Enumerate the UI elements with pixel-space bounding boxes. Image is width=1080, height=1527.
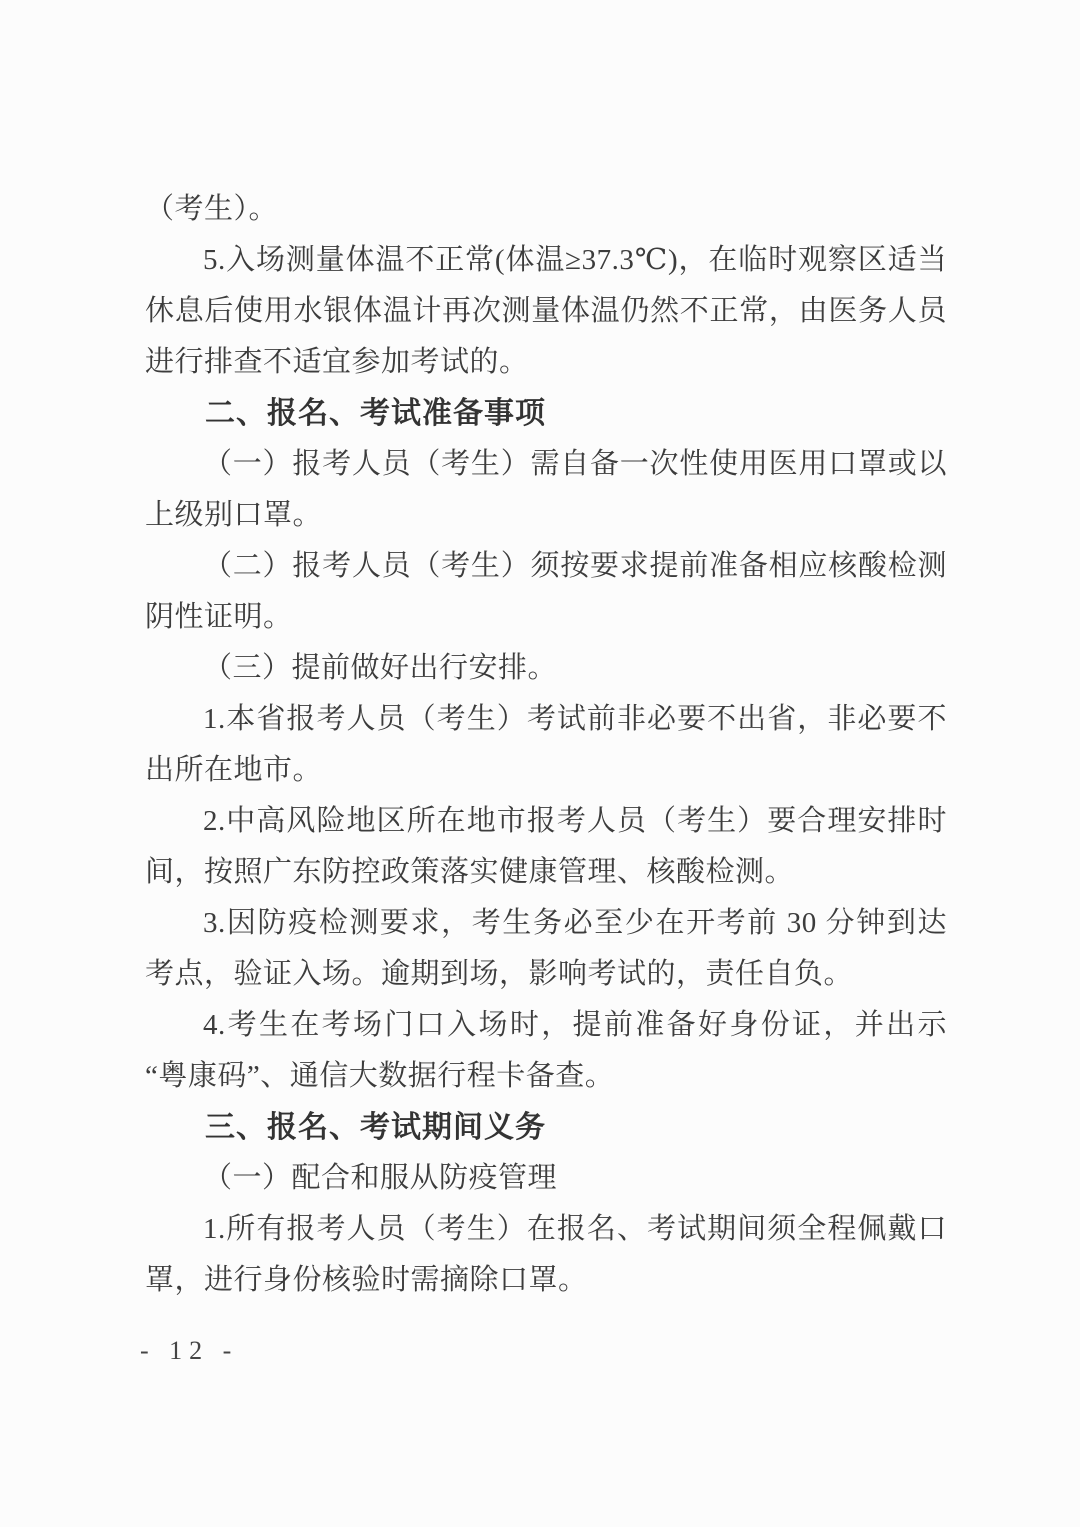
paragraph-item-1-wear-mask: 1.所有报考人员（考生）在报名、考试期间须全程佩戴口罩，进行身份核验时需摘除口罩… [145,1204,947,1306]
section-heading-2-exam-preparation: 二、报名、考试准备事项 [145,388,947,439]
paragraph-item-2-risk-areas: 2.中高风险地区所在地市报考人员（考生）要合理安排时间，按照广东防控政策落实健康… [145,796,947,898]
document-body: （考生）。 5.入场测量体温不正常(体温≥37.3℃)，在临时观察区适当休息后使… [145,184,947,1306]
paragraph-item-3-arrive-early: 3.因防疫检测要求，考生务必至少在开考前 30 分钟到达考点，验证入场。逾期到场… [145,898,947,1000]
paragraph-kaosheng-tail: （考生）。 [145,184,947,235]
paragraph-sub-2-nucleic-acid-proof: （二）报考人员（考生）须按要求提前准备相应核酸检测阴性证明。 [145,541,947,643]
paragraph-item-1-no-leaving-province: 1.本省报考人员（考生）考试前非必要不出省，非必要不出所在地市。 [145,694,947,796]
paragraph-sub-3-travel-plan: （三）提前做好出行安排。 [145,643,947,694]
paragraph-sub-1-masks: （一）报考人员（考生）需自备一次性使用医用口罩或以上级别口罩。 [145,439,947,541]
paragraph-item-5-temperature: 5.入场测量体温不正常(体温≥37.3℃)，在临时观察区适当休息后使用水银体温计… [145,235,947,388]
paragraph-item-4-id-health-code: 4.考生在考场门口入场时，提前准备好身份证，并出示“粤康码”、通信大数据行程卡备… [145,1000,947,1102]
section-heading-3-exam-period-duties: 三、报名、考试期间义务 [145,1102,947,1153]
paragraph-sub-1-comply-epidemic-management: （一）配合和服从防疫管理 [145,1153,947,1204]
page-number: - 12 - [140,1336,238,1366]
document-page: （考生）。 5.入场测量体温不正常(体温≥37.3℃)，在临时观察区适当休息后使… [0,0,1080,1527]
